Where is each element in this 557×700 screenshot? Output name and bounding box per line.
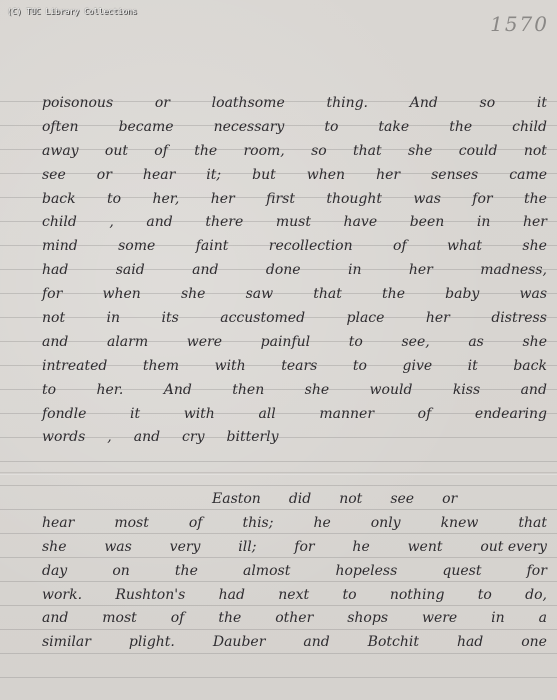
word: out (105, 140, 128, 164)
word: had (219, 584, 245, 608)
word: intreated (42, 355, 107, 379)
word: most (114, 512, 149, 536)
word: for (42, 283, 62, 307)
word: were (422, 607, 457, 631)
word: she (408, 140, 433, 164)
word: Rushton's (115, 584, 185, 608)
word: her (409, 259, 433, 283)
word: see (42, 164, 66, 188)
word: not (524, 140, 547, 164)
word: take (378, 116, 409, 140)
word: when (102, 283, 140, 307)
word: she (523, 331, 548, 355)
word: words (42, 426, 85, 450)
word: in (491, 607, 505, 631)
word: as (468, 331, 484, 355)
word: hear (143, 164, 175, 188)
text-line: mindsomefaintrecollectionofwhatshe (42, 235, 547, 259)
word: necessary (214, 116, 285, 140)
word: Botchit (368, 631, 419, 655)
word: often (42, 116, 79, 140)
word: her (426, 307, 450, 331)
text-line: notinitsaccustomedplaceherdistress (42, 307, 547, 331)
word: of (418, 403, 432, 427)
word: on (112, 560, 129, 584)
word: to (42, 379, 56, 403)
word: to (107, 188, 121, 212)
word: could (459, 140, 498, 164)
word: work. (42, 584, 82, 608)
word: away (42, 140, 79, 164)
word: its (161, 307, 178, 331)
word: next (278, 584, 309, 608)
word: was (413, 188, 441, 212)
word: the (524, 188, 547, 212)
word: thing. (326, 92, 368, 116)
word: and (146, 211, 172, 235)
word: most (102, 607, 137, 631)
word: her (211, 188, 235, 212)
word: the (218, 607, 241, 631)
text-line: awayoutoftheroom,sothatshecouldnot (42, 140, 547, 164)
word: and (42, 331, 68, 355)
word: fondle (42, 403, 86, 427)
word: of (171, 607, 185, 631)
copyright-watermark: (C) TUC Library Collections (7, 7, 137, 16)
word: it (130, 403, 140, 427)
word: faint (196, 235, 229, 259)
word: was (104, 536, 132, 560)
word: some (118, 235, 155, 259)
word: with (184, 403, 215, 427)
text-line: intreatedthemwithtearstogiveitback (42, 355, 547, 379)
word: all (258, 403, 275, 427)
word: knew (441, 512, 479, 536)
text-line: toher.Andthenshewouldkissand (42, 379, 547, 403)
word: similar (42, 631, 91, 655)
word: with (215, 355, 246, 379)
word: not (42, 307, 65, 331)
word: came (509, 164, 547, 188)
text-line: seeorhearit;butwhenhersensescame (42, 164, 547, 188)
word: see (390, 488, 414, 512)
text-line: fondleitwithallmannerofendearing (42, 403, 547, 427)
word: hopeless (335, 560, 397, 584)
word: hear (42, 512, 74, 536)
text-line: hearmostofthis;heonlyknewthat (42, 512, 547, 536)
word: them (143, 355, 179, 379)
word: the (194, 140, 217, 164)
word: bitterly (227, 426, 279, 450)
word: and (521, 379, 547, 403)
word: it (537, 92, 547, 116)
word: one (521, 631, 547, 655)
text-line: Eastondidnotseeor (42, 488, 547, 512)
word: in (107, 307, 121, 331)
word: cry (182, 426, 204, 450)
word: tears (281, 355, 317, 379)
word: she (522, 235, 547, 259)
word: done (266, 259, 301, 283)
word: give (403, 355, 433, 379)
word: child (42, 211, 77, 235)
word: it; (206, 164, 221, 188)
word: or (155, 92, 170, 116)
word: loathsome (212, 92, 285, 116)
word: what (447, 235, 482, 259)
word: alarm (107, 331, 148, 355)
text-line: words,andcrybitterly (42, 426, 547, 450)
word: out every (480, 536, 547, 560)
word: she (181, 283, 206, 307)
word: and (134, 426, 160, 450)
word: ill; (238, 536, 256, 560)
word: , (107, 426, 111, 450)
word: baby (445, 283, 479, 307)
text-line: work.Rushton'shadnexttonothingtodo, (42, 584, 547, 608)
word: had (42, 259, 68, 283)
word: went (408, 536, 443, 560)
word: of (189, 512, 203, 536)
word: recollection (269, 235, 353, 259)
word: was (519, 283, 547, 307)
word: and (42, 607, 68, 631)
word: endearing (475, 403, 547, 427)
word: or (442, 488, 457, 512)
word: manner (319, 403, 374, 427)
word: saw (246, 283, 274, 307)
page-fold (0, 472, 557, 475)
word: that (353, 140, 382, 164)
word: see, (401, 331, 429, 355)
word: would (370, 379, 413, 403)
word: for (527, 560, 547, 584)
word: her, (152, 188, 179, 212)
word: Dauber (213, 631, 266, 655)
word: madness, (480, 259, 547, 283)
text-line: hadsaidanddoneinhermadness, (42, 259, 547, 283)
word: of (393, 235, 407, 259)
word: have (344, 211, 378, 235)
word: became (119, 116, 174, 140)
word: that (313, 283, 342, 307)
word: she (305, 379, 330, 403)
word: it (468, 355, 478, 379)
word: when (307, 164, 345, 188)
paragraph-2: Eastondidnotseeorhearmostofthis;heonlykn… (42, 488, 547, 655)
word: to (349, 331, 363, 355)
word: to (342, 584, 356, 608)
word: been (410, 211, 445, 235)
word: painful (261, 331, 310, 355)
manuscript-page: (C) TUC Library Collections 1570 poisono… (0, 0, 557, 700)
text-line: backtoher,herfirstthoughtwasforthe (42, 188, 547, 212)
word: had (457, 631, 483, 655)
word: in (477, 211, 491, 235)
word: then (232, 379, 264, 403)
word: the (175, 560, 198, 584)
word: child (512, 116, 547, 140)
word: mind (42, 235, 78, 259)
word: there (205, 211, 243, 235)
word: for (294, 536, 314, 560)
word: almost (243, 560, 290, 584)
text-line: andalarmwerepainfultosee,asshe (42, 331, 547, 355)
text-line: oftenbecamenecessarytotakethechild (42, 116, 547, 140)
word: first (266, 188, 295, 212)
word: very (170, 536, 201, 560)
word: were (187, 331, 222, 355)
word: shops (347, 607, 388, 631)
word: nothing (390, 584, 445, 608)
word: this; (242, 512, 273, 536)
word: or (97, 164, 112, 188)
text-line: similarplight.DauberandBotchithadone (42, 631, 547, 655)
word: do, (525, 584, 547, 608)
word: back (42, 188, 76, 212)
word: to (478, 584, 492, 608)
paragraph-1: poisonousorloathsomething.Andsoitoftenbe… (42, 92, 547, 450)
word: to (353, 355, 367, 379)
word: the (382, 283, 405, 307)
word: And (164, 379, 192, 403)
word: not (339, 488, 362, 512)
word: said (116, 259, 145, 283)
word: must (276, 211, 311, 235)
word: of (154, 140, 168, 164)
word: only (371, 512, 401, 536)
word: distress (491, 307, 547, 331)
word: back (513, 355, 547, 379)
word: poisonous (42, 92, 113, 116)
text-line: forwhenshesawthatthebabywas (42, 283, 547, 307)
text-line: shewasveryill;forhewentout every (42, 536, 547, 560)
word: so (311, 140, 327, 164)
word: place (347, 307, 385, 331)
word: to (324, 116, 338, 140)
word: did (289, 488, 311, 512)
word: and (192, 259, 218, 283)
folio-number: 1570 (490, 12, 549, 36)
word: quest (442, 560, 481, 584)
word: senses (431, 164, 478, 188)
word: that (518, 512, 547, 536)
text-line: andmostoftheothershopswereina (42, 607, 547, 631)
word: but (252, 164, 276, 188)
word: a (539, 607, 547, 631)
word: her. (96, 379, 123, 403)
word: day (42, 560, 67, 584)
word: her (376, 164, 400, 188)
word: plight. (129, 631, 175, 655)
word: he (352, 536, 369, 560)
word: and (303, 631, 329, 655)
word: room, (243, 140, 284, 164)
word: the (449, 116, 472, 140)
text-line: child,andtheremusthavebeeninher (42, 211, 547, 235)
text-line: poisonousorloathsomething.Andsoit (42, 92, 547, 116)
word: accustomed (220, 307, 305, 331)
word: And (410, 92, 438, 116)
word: kiss (453, 379, 480, 403)
word: in (348, 259, 362, 283)
word: thought (326, 188, 382, 212)
word: she (42, 536, 67, 560)
word: so (480, 92, 496, 116)
word: other (275, 607, 313, 631)
text-line: dayonthealmosthopelessquestfor (42, 560, 547, 584)
word: for (472, 188, 492, 212)
word: , (109, 211, 113, 235)
word: he (313, 512, 330, 536)
word: her (523, 211, 547, 235)
word: Easton (212, 488, 261, 512)
